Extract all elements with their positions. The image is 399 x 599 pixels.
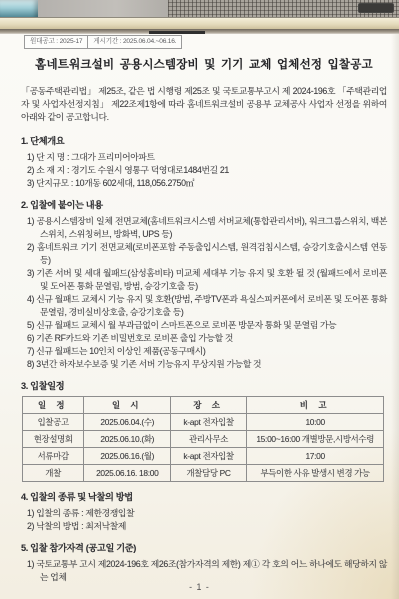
table-header-row: 일 정 일 시 장 소 비 고: [23, 397, 384, 414]
list-item: 2) 홈네트워크 기기 전면교체(로비폰포함 주동출입시스템, 원격검침시스템,…: [21, 241, 387, 267]
list-item: 1) 입찰의 종류 : 제한경쟁입찰: [21, 507, 387, 520]
watermark-badge: [358, 3, 394, 13]
document-body: 홈네트워크설비 공용시스템장비 및 기기 교체 업체선정 입찰공고 「공동주택관…: [21, 53, 387, 584]
table-cell: 2025.06.16.(월): [84, 448, 171, 465]
notice-number: 원대공고 : 2025-17: [25, 36, 87, 48]
stamp-mark: [149, 31, 205, 34]
table-row: 개찰 2025.06.16. 18:00 개찰담당 PC 부득이한 사유 발생시…: [23, 465, 384, 482]
table-cell: 개찰: [23, 465, 84, 482]
table-cell: 17:00: [247, 448, 384, 465]
list-item: 8) 3년간 하자보수보증 및 기존 서버 기능유지 무상지원 가능할 것: [21, 358, 387, 371]
list-item: 4) 신규 월패드 교체시 기능 유지 및 호환(방범, 주방TV폰과 욕실스피…: [21, 293, 387, 319]
table-cell: 관리사무소: [171, 431, 247, 448]
document-title: 홈네트워크설비 공용시스템장비 및 기기 교체 업체선정 입찰공고: [21, 59, 387, 72]
table-row: 입찰공고 2025.06.04.(수) k-apt 전자입찰 10:00: [23, 414, 384, 431]
column-header: 일 정: [23, 397, 84, 414]
bid-schedule-table: 일 정 일 시 장 소 비 고 입찰공고 2025.06.04.(수) k-ap…: [22, 396, 384, 482]
document-page: 원대공고 : 2025-17 게시기간 : 2025.06.04.~06.16.…: [0, 34, 399, 599]
list-item: 7) 신규 월패드는 10인치 이상인 제품(공동구매시): [21, 345, 387, 358]
column-header: 일 시: [84, 397, 171, 414]
table-cell: 서류마감: [23, 448, 84, 465]
table-cell: 2025.06.10.(화): [84, 431, 171, 448]
table-cell: 입찰공고: [23, 414, 84, 431]
section3-heading: 3. 입찰일정: [21, 380, 387, 393]
list-item: 1) 국토교통부 고시 제2024-196호 제26조(참가자격의 제한) 제①…: [21, 558, 387, 584]
table-row: 현장설명회 2025.06.10.(화) 관리사무소 15:00~16:00 개…: [23, 431, 384, 448]
table-cell: 2025.06.16. 18:00: [84, 465, 171, 482]
table-cell: 10:00: [247, 414, 384, 431]
table-cell: 2025.06.04.(수): [84, 414, 171, 431]
intro-paragraph: 「공동주택관리법」 제25조, 같은 법 시행령 제25조 및 국토교통부고시 …: [21, 85, 387, 124]
list-item: 6) 기존 RF카드와 기존 비밀번호로 로비폰 출입 가능할 것: [21, 332, 387, 345]
column-header: 비 고: [247, 397, 384, 414]
posting-period: 게시기간 : 2025.06.04.~06.16.: [87, 36, 181, 48]
table-cell: 15:00~16:00 개별방문,시방서수령: [247, 431, 384, 448]
list-item: 1) 단 지 명 : 그대가 프리미어아파트: [21, 151, 387, 164]
section4-heading: 4. 입찰의 종류 및 낙찰의 방법: [21, 491, 387, 504]
list-item: 1) 공용시스템장비 일체 전면교체(홈네트워크시스템 서버교체(통합관리서버)…: [21, 215, 387, 241]
section2-heading: 2. 입찰에 붙이는 내용: [21, 199, 387, 212]
notice-number-stamp: 원대공고 : 2025-17 게시기간 : 2025.06.04.~06.16.: [24, 35, 182, 49]
column-header: 장 소: [171, 397, 247, 414]
list-item: 3) 단지규모 : 10개동 602세대, 118,056.2750㎡: [21, 177, 387, 190]
list-item: 5) 신규 월패드 교체시 월 부과금없이 스마트폰으로 로비폰 방문자 통화 …: [21, 319, 387, 332]
list-item: 2) 소 재 지 : 경기도 수원시 영통구 덕영대로1484번길 21: [21, 164, 387, 177]
table-row: 서류마감 2025.06.16.(월) k-apt 전자입찰 17:00: [23, 448, 384, 465]
table-cell: k-apt 전자입찰: [171, 448, 247, 465]
table-cell: k-apt 전자입찰: [171, 414, 247, 431]
scanned-document-photo: 원대공고 : 2025-17 게시기간 : 2025.06.04.~06.16.…: [0, 0, 399, 599]
table-cell: 현장설명회: [23, 431, 84, 448]
edge-shadow: [391, 34, 399, 599]
section1-heading: 1. 단체개요: [21, 135, 387, 148]
page-number: - 1 -: [0, 582, 399, 592]
list-item: 3) 기존 서버 및 세대 월패드(삼성홈비타) 미교체 세대부 기능 유지 및…: [21, 267, 387, 293]
list-item: 2) 낙찰의 방법 : 최저낙찰제: [21, 520, 387, 533]
table-cell: 개찰담당 PC: [171, 465, 247, 482]
table-cell: 부득이한 사유 발생시 변경 가능: [247, 465, 384, 482]
section5-heading: 5. 입찰 참가자격 (공고일 기준): [21, 542, 387, 555]
